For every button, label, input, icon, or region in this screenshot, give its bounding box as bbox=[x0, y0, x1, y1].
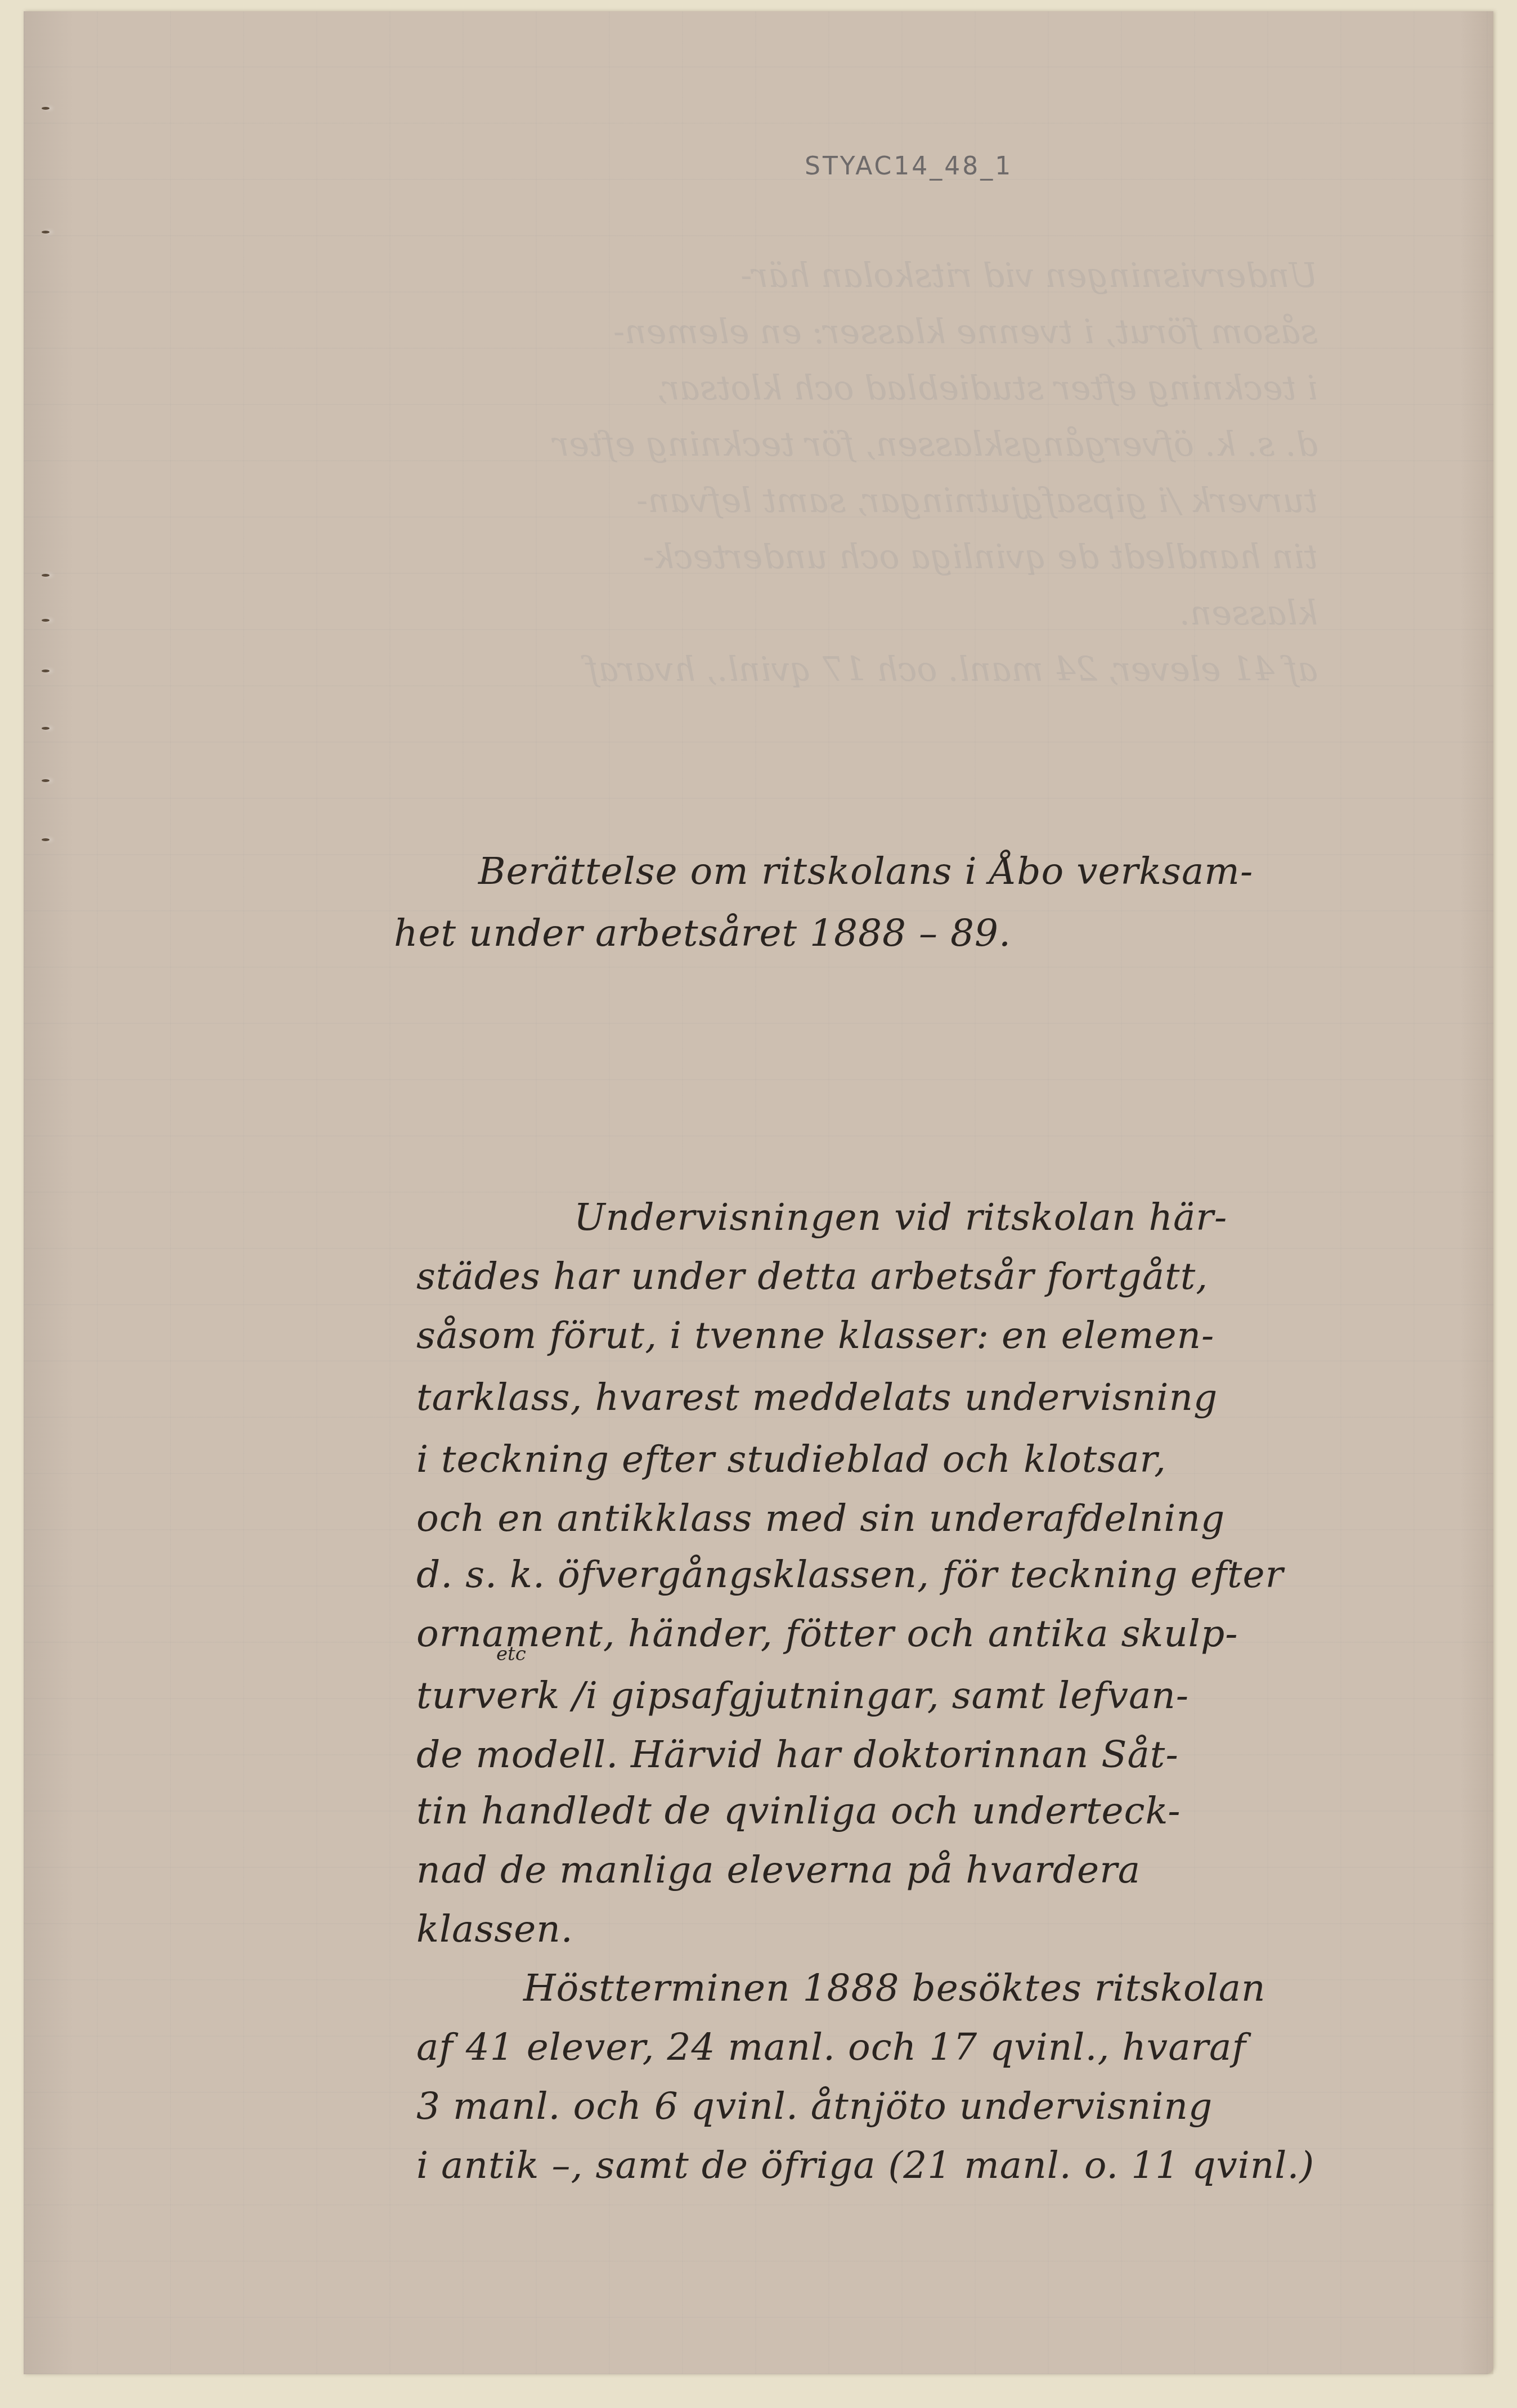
body-line: och en antikklass med sin underafdelning bbox=[416, 1497, 1225, 1540]
body-line: d. s. k. öfvergångsklassen, för teckning… bbox=[416, 1553, 1283, 1596]
binding-hole bbox=[42, 838, 50, 841]
binding-hole bbox=[42, 727, 50, 730]
body-line: turverk /i gipsafgjutningar, samt lefvan… bbox=[416, 1674, 1189, 1717]
body-line: i antik –, samt de öfriga (21 manl. o. 1… bbox=[416, 2144, 1314, 2187]
binding-hole bbox=[42, 231, 50, 233]
archive-reference: STYAC14_48_1 bbox=[805, 152, 1013, 181]
title-line-1: Berättelse om ritskolans i Åbo verksam- bbox=[478, 850, 1253, 893]
body-line: städes har under detta arbetsår fortgått… bbox=[416, 1255, 1208, 1298]
binding-hole bbox=[42, 574, 50, 577]
body-line: tarklass, hvarest meddelats undervisning bbox=[416, 1376, 1218, 1419]
interlinear-insertion: etc bbox=[496, 1643, 526, 1665]
body-line: tin handledt de qvinliga och underteck- bbox=[416, 1789, 1181, 1832]
title-line-2: het under arbetsåret 1888 – 89. bbox=[394, 911, 1011, 955]
body-line: 3 manl. och 6 qvinl. åtnjöto undervisnin… bbox=[416, 2084, 1213, 2128]
body-line: Undervisningen vid ritskolan här- bbox=[574, 1196, 1227, 1239]
body-line: de modell. Härvid har doktorinnan Såt- bbox=[416, 1733, 1179, 1776]
body-line: i teckning efter studieblad och klotsar, bbox=[416, 1437, 1166, 1481]
body-line: såsom förut, i tvenne klasser: en elemen… bbox=[416, 1314, 1214, 1357]
binding-hole bbox=[42, 779, 50, 782]
body-line: af 41 elever, 24 manl. och 17 qvinl., hv… bbox=[416, 2025, 1246, 2069]
body-line: klassen. bbox=[416, 1907, 573, 1951]
body-line: ornament, händer, fötter och antika skul… bbox=[416, 1612, 1238, 1655]
document-page: Undervisningen vid ritskolan här- såsom … bbox=[24, 11, 1493, 2374]
binding-hole bbox=[42, 619, 50, 622]
body-line: Höstterminen 1888 besöktes ritskolan bbox=[523, 1966, 1266, 2010]
binding-hole bbox=[42, 107, 50, 110]
body-line: nad de manliga eleverna på hvardera bbox=[416, 1848, 1141, 1892]
bleed-through-text: Undervisningen vid ritskolan här- såsom … bbox=[277, 248, 1318, 726]
binding-hole bbox=[42, 670, 50, 672]
